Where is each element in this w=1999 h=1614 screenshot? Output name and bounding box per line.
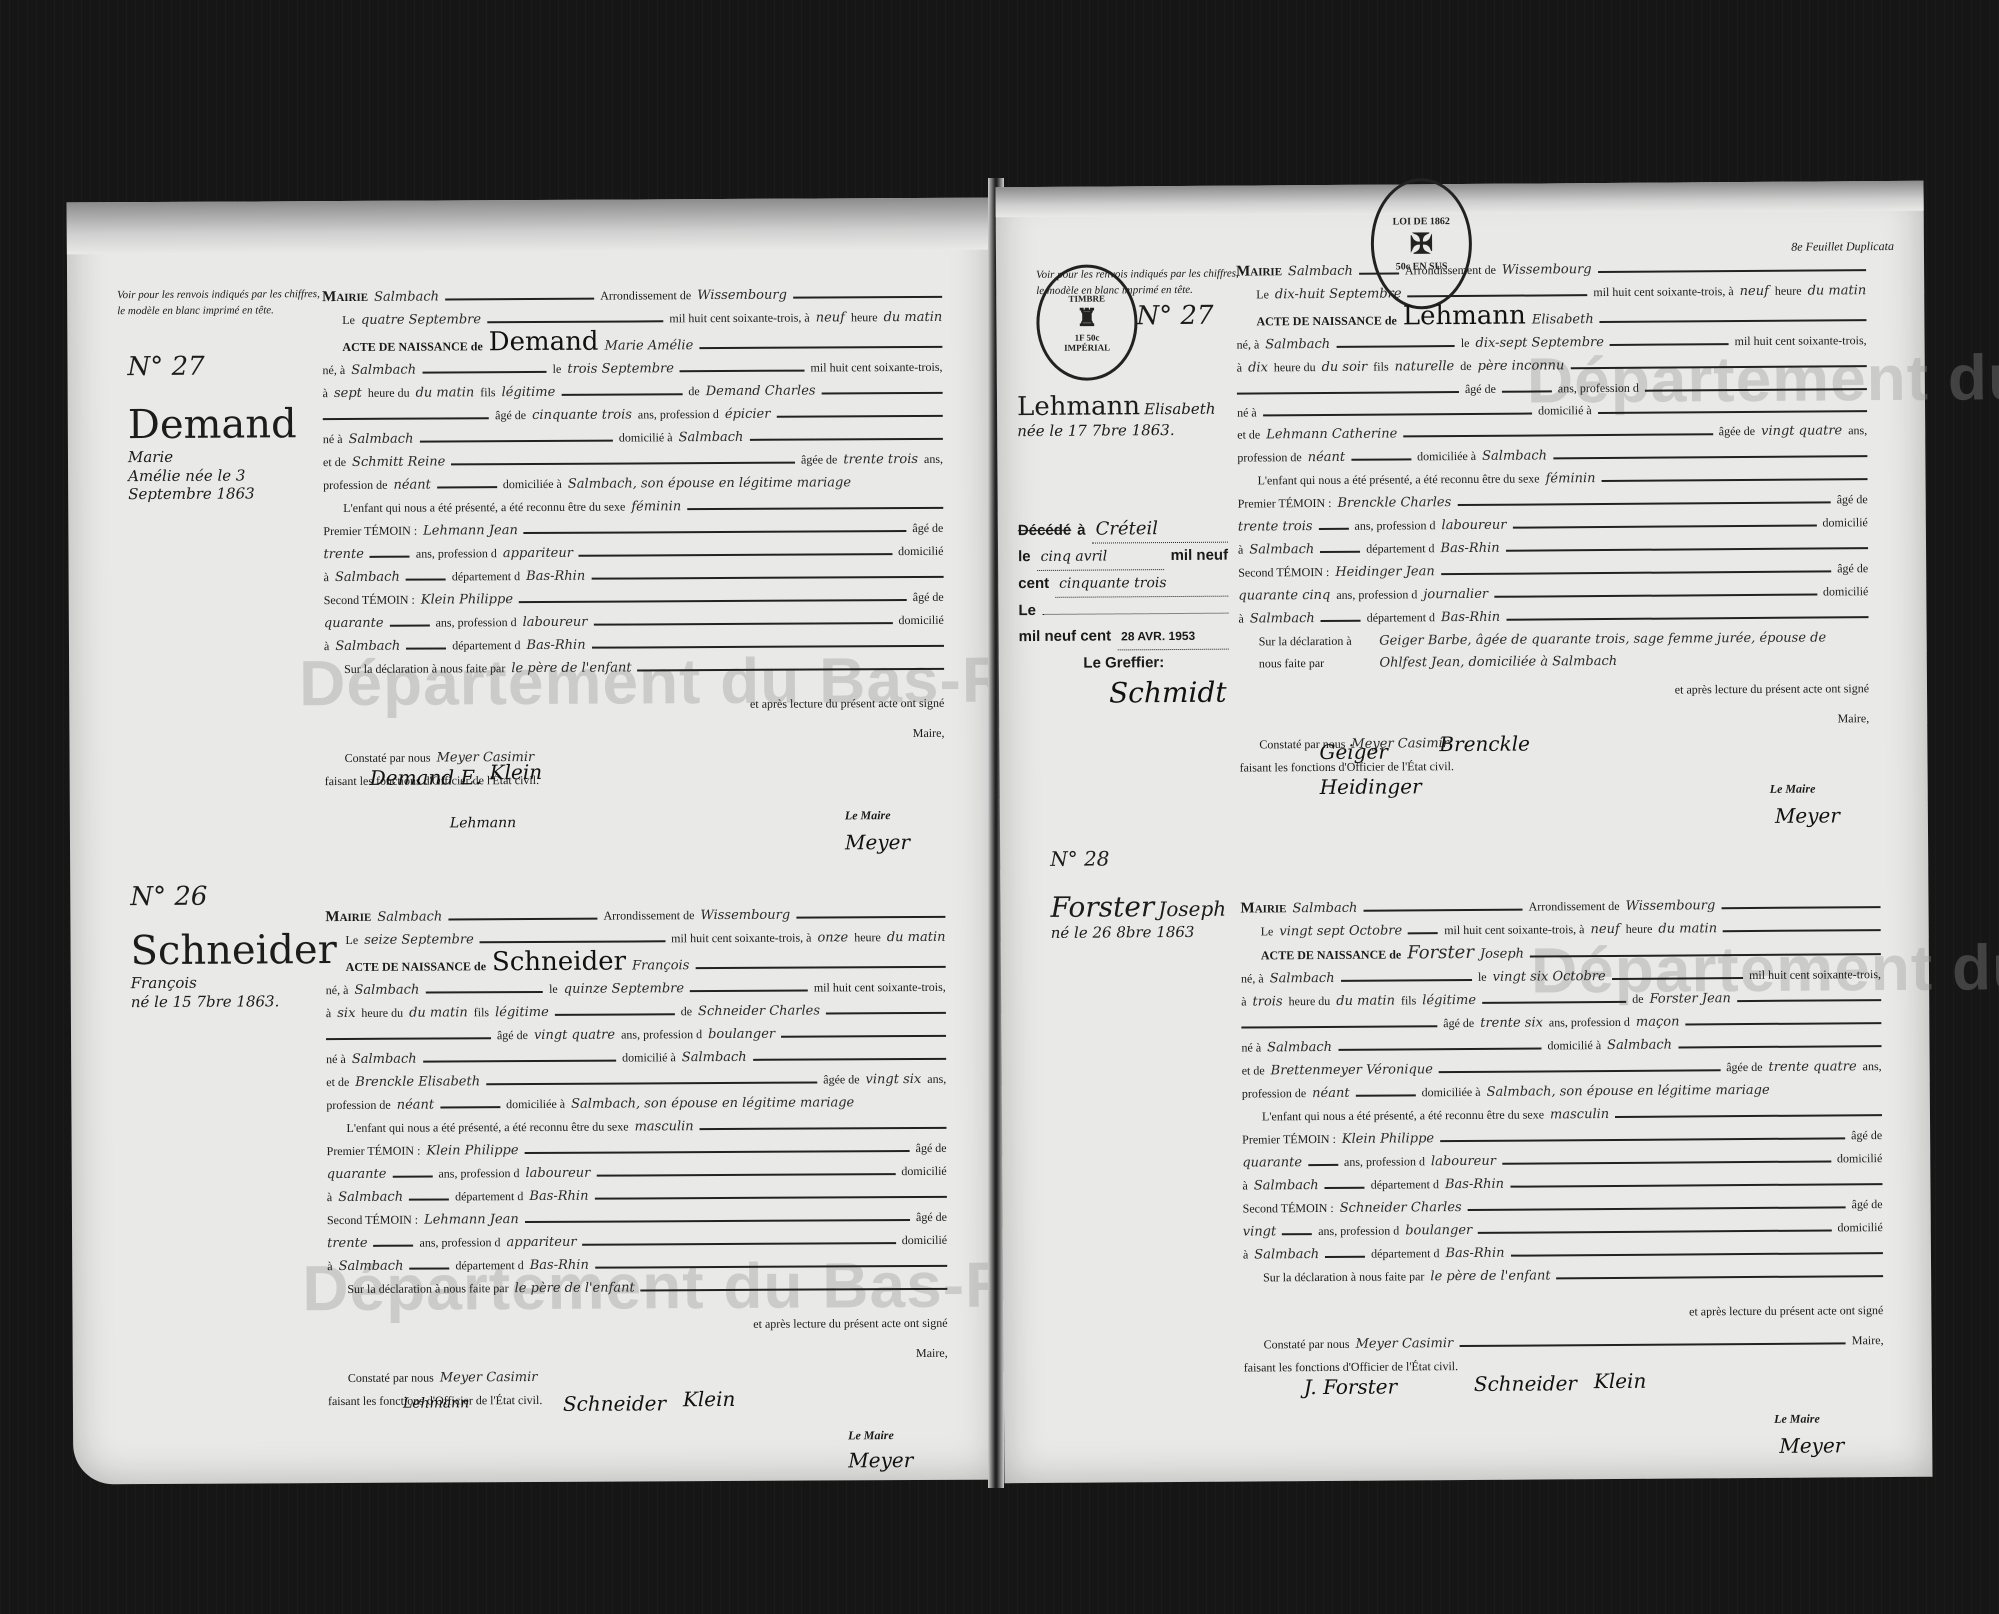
mother-profession: néant [1308,447,1346,469]
witness1-profession: laboureur [525,1163,590,1185]
label-profession: ans, profession d [1558,377,1639,400]
label-et-de: et de [326,1071,349,1093]
label-le: Le [342,309,355,331]
father-born-at: Salmbach [1267,1037,1332,1059]
child-surname: Demand [489,331,599,354]
act-number: N° 26 [130,881,330,912]
witness2-profession: appariteur [506,1232,576,1254]
label-a: à [1243,1244,1248,1266]
label-apres-lecture: et après lecture du présent acte ont sig… [1689,1299,1883,1322]
date-declared: dix-huit Septembre [1275,283,1402,306]
label-declaration: Sur la déclaration à nous faite par [1259,630,1374,675]
label-de: de [1460,355,1471,377]
signature: Schneider [1474,1371,1577,1396]
born-period: du matin [1336,990,1395,1012]
label-domicile: domicilié [901,1160,946,1182]
label-ne-a: né à [1241,1036,1261,1058]
witness1-age: quarante [1242,1152,1302,1174]
label-year: mil huit cent soixante-trois, à [1593,280,1733,303]
label-acte: ACTE DE NAISSANCE de [346,955,486,978]
label-age: âgé de [913,586,944,608]
label-mairie: Mairie [322,286,368,308]
witness2-department: Bas-Rhin [530,1255,589,1277]
margin-note-act-26: N° 26 Schneider François né le 15 7bre 1… [130,881,331,1011]
label-constate: Constaté par nous [348,1367,434,1389]
label-maire: Maire, [1837,707,1869,729]
margin-surname: Lehmann [1017,391,1140,422]
label-temoin1: Premier TÉMOIN : [1242,1128,1336,1151]
father-name: Schneider Charles [698,1000,820,1023]
father-age: vingt quatre [534,1025,615,1047]
renvois-instructions: Voir pour les renvois indiqués par les c… [1036,266,1246,299]
witness2-name: Heidinger Jean [1335,561,1435,584]
label-heure-du: heure du [361,1002,403,1024]
label-declaration: Sur la déclaration à nous faite par [344,657,505,680]
filiation: légitime [502,382,556,404]
born-at: Salmbach [351,360,416,382]
act-number: N° 27 [127,351,327,382]
label-heure: heure [851,306,878,328]
child-surname: Lehmann [1403,305,1526,328]
label-ans: ans, [1863,1055,1882,1077]
witness1-domicile: Salmbach [338,1187,403,1209]
witness1-department: Bas-Rhin [529,1186,588,1208]
signature: Lehmann [450,815,516,831]
father-born-at: Salmbach [348,429,413,451]
born-hour: six [337,1003,355,1025]
label-a: à [1077,518,1086,544]
margin-note-act-28: N° 28 Forster Joseph né le 26 8bre 1863 [1050,845,1271,942]
label-temoin1: Premier TÉMOIN : [327,1140,421,1162]
label-agee: âgée de [1726,1056,1762,1078]
label-age: âgé de [497,1024,528,1046]
label-domicile: domicilié à [619,426,673,448]
label-heure: heure [1775,280,1802,302]
child-sex: féminin [1546,468,1596,490]
margin-surname: Demand [128,401,297,448]
label-age: âgé de [1443,1012,1474,1034]
label-domicile: domicilié à [622,1046,676,1068]
witness2-name: Schneider Charles [1340,1197,1462,1220]
birth-act-demand: MairieSalmbachArrondissement deWissembou… [322,283,945,792]
born-on: vingt six Octobre [1493,966,1606,989]
mother-domicile: Salmbach, son épouse en légitime mariage [1486,1080,1769,1104]
hour-period: du matin [887,927,946,949]
father-profession: maçon [1636,1012,1680,1034]
mairie-value: Salmbach [377,906,442,928]
label-apres-lecture: et après lecture du présent acte ont sig… [1675,677,1869,700]
seal-stamp-top: LOI DE 1862 [1393,216,1450,227]
officer-name: Meyer Casimir [440,1367,538,1390]
fiscal-stamp-value: 1F 50c [1075,332,1100,342]
hour-declared: onze [817,927,848,949]
label-heure-du: heure du [1289,990,1331,1012]
child-surname: Schneider [492,951,626,974]
mother-profession: néant [1312,1083,1350,1105]
label-mil-neuf-cent: mil neuf cent [1019,623,1112,650]
label-year: mil huit cent soixante-trois, [810,356,942,379]
label-age: âgé de [1837,488,1868,510]
arrondissement-value: Wissembourg [1502,259,1592,282]
label-year: mil huit cent soixante-trois, [1749,963,1881,986]
mother-name: Schmitt Reine [352,451,445,473]
label-ne-a: né à [1237,401,1257,423]
label-ne-a: né à [323,428,343,450]
label-a: à [323,382,328,404]
label-a: à [327,1186,332,1208]
label-a: à [1242,1175,1247,1197]
label-profession: ans, profession d [416,542,497,564]
label-profession: profession de [1237,446,1301,468]
mayor-signature: Meyer [1779,1433,1844,1457]
greffier-signature: Schmidt [1109,676,1227,710]
arrondissement-value: Wissembourg [697,285,787,307]
label-temoin1: Premier TÉMOIN : [1238,492,1332,515]
witness1-name: Brenckle Charles [1337,492,1451,515]
witness1-age: quarante [327,1164,387,1186]
declarant: Geiger Barbe, âgée de quarante trois, sa… [1379,627,1869,674]
label-domicile: domicilié [1837,1216,1882,1238]
born-at: Salmbach [1270,968,1335,990]
date-declared: seize Septembre [364,929,474,952]
child-sex: masculin [634,1116,693,1138]
label-arrondissement: Arrondissement de [1405,259,1496,282]
label-agee: âgée de [801,448,837,470]
label-profession: ans, profession d [638,403,719,425]
mother-age: vingt six [865,1069,921,1091]
mairie-value: Salmbach [374,286,439,308]
label-cent: cent [1018,571,1049,597]
fiscal-stamp-right: IMPÉRIAL [1064,342,1110,352]
filiation: légitime [495,1002,549,1024]
margin-surname: Forster [1050,890,1154,924]
witness1-name: Klein Philippe [1342,1128,1434,1151]
label-sexe: L'enfant qui nous a été présenté, a été … [1262,1103,1544,1127]
margin-birth-note: Amélie née le 3 Septembre 1863 [128,466,328,503]
born-period: du soir [1321,357,1367,379]
witness1-profession: laboureur [1431,1151,1496,1173]
label-profession: ans, profession d [1549,1011,1630,1034]
label-a: à [1238,539,1243,561]
label-decede: Décédé [1018,518,1072,544]
witness1-department: Bas-Rhin [526,566,585,588]
label-arrondissement: Arrondissement de [600,284,691,306]
declarant: le père de l'enfant [515,1277,635,1300]
label-acte: ACTE DE NAISSANCE de [1261,943,1402,966]
witness1-department: Bas-Rhin [1445,1174,1504,1196]
label-ne-a: né, à [1241,967,1264,989]
witness2-department: Bas-Rhin [1445,1243,1504,1265]
label-age: âgé de [912,517,943,539]
born-at: Salmbach [354,980,419,1002]
label-age: âgé de [1852,1193,1883,1215]
child-given: François [632,955,689,977]
margin-birth-note: née le 17 7bre 1863. [1017,421,1237,441]
label-le: le [553,358,562,380]
mother-domicile: Salmbach [1482,445,1547,467]
officer-name: Meyer Casimir [1356,1333,1454,1356]
label-mairie: Mairie [1240,897,1286,919]
witness1-profession: laboureur [1441,515,1506,537]
death-annotation: DécédéàCréteil lecinq avrilmil neuf cent… [1018,516,1229,677]
mother-domicile: Salmbach, son épouse en légitime mariage [568,472,851,495]
witness2-department: Bas-Rhin [1441,607,1500,629]
father-age: cinquante trois [532,404,632,427]
label-ne-a: né, à [322,359,345,381]
label-temoin2: Second TÉMOIN : [327,1209,418,1231]
margin-surname: Schneider [130,927,336,974]
label-maire: Maire, [913,722,945,744]
born-period: du matin [416,382,475,404]
label-a: à [1241,991,1246,1013]
label-sexe: L'enfant qui nous a été présenté, a été … [1257,467,1539,491]
mother-profession: néant [393,475,431,497]
label-domicile: domiciliée à [1417,445,1476,467]
witness2-profession: boulanger [1405,1220,1472,1242]
le-maire-label: Le Maire [1774,1412,1820,1427]
label-year: mil huit cent soixante-trois, à [671,927,811,950]
act-number: N° 27 [1136,301,1216,332]
witness2-profession: laboureur [523,612,588,634]
witness2-domicile: Salmbach [335,636,400,658]
mother-age: vingt quatre [1761,420,1842,443]
label-profession: ans, profession d [436,611,517,633]
witness2-domicile: Salmbach [1250,608,1315,630]
born-hour: trois [1252,991,1282,1013]
label-ne-a: né, à [326,979,349,1001]
mairie-value: Salmbach [1292,898,1357,920]
father-domicile: Salmbach [682,1047,747,1069]
label-domicile: domicilié [1822,511,1867,533]
margin-given: Marie [128,448,173,466]
mother-age: trente quatre [1768,1056,1856,1079]
label-mairie: Mairie [1236,260,1282,282]
label-domicile: domicilié [1823,580,1868,602]
label-maire: Maire, [1852,1329,1884,1351]
signature: Lehmann [403,1395,469,1411]
margin-birth-note: né le 26 8bre 1863 [1051,922,1271,942]
label-domicile: domicilié [1837,1147,1882,1169]
hour-declared: neuf [816,307,845,329]
label-sexe: L'enfant qui nous a été présenté, a été … [343,496,625,519]
folio-number: 8e Feuillet Duplicata [1791,239,1894,255]
label-a: à [1238,608,1243,630]
label-profession: ans, profession d [1354,514,1435,537]
signature: Klein [1594,1369,1647,1393]
label-year: mil huit cent soixante-trois, [814,976,946,999]
signature: J. Forster [1304,1374,1397,1399]
father-name: Forster Jean [1650,988,1731,1011]
act-number-text: N° 27 [1136,301,1213,332]
label-temoin2: Second TÉMOIN : [1238,561,1329,584]
left-page: Voir pour les renvois indiqués par les c… [67,198,999,1485]
label-domicile: domicilié à [1538,399,1592,421]
label-profession: ans, profession d [1344,1150,1425,1173]
child-sex: masculin [1550,1104,1609,1126]
declarant: le père de l'enfant [511,657,631,680]
signature: Demand E. [370,765,482,790]
witness2-age: vingt [1243,1221,1277,1243]
witness1-department: Bas-Rhin [1440,538,1499,560]
label-greffier: Le Greffier: [1083,650,1164,677]
hour-period: du matin [1807,280,1866,302]
label-profession: ans, profession d [419,1231,500,1253]
hour-declared: neuf [1740,281,1769,303]
child-given: Elisabeth [1532,309,1594,331]
label-departement: département d [1371,1173,1439,1195]
father-name: Demand Charles [706,381,816,404]
mother-domicile: Salmbach, son épouse en légitime mariage [571,1092,854,1115]
label-de: de [688,380,699,402]
father-born-at: Salmbach [352,1049,417,1071]
witness1-domicile: Salmbach [1249,539,1314,561]
label-apres-lecture: et après lecture du présent acte ont sig… [753,1312,947,1335]
declarant: le père de l'enfant [1430,1265,1550,1288]
label-departement: département d [1371,1242,1439,1264]
witness2-domicile: Salmbach [338,1256,403,1278]
label-age: âgé de [1837,557,1868,579]
mother-age: trente trois [843,449,918,471]
label-ans: ans, [1848,419,1867,441]
witness2-department: Bas-Rhin [526,635,585,657]
witness1-age: trente trois [1238,516,1313,539]
label-domicile: domicilié [898,540,943,562]
signature: Schneider [563,1391,666,1416]
label-constate: Constaté par nous [1263,1333,1349,1356]
witness1-profession: appariteur [503,543,573,565]
born-on: quinze Septembre [564,978,684,1001]
label-le: Le [1018,598,1036,624]
label-declaration: Sur la déclaration à nous faite par [347,1277,508,1300]
witness1-name: Klein Philippe [426,1140,518,1162]
label-a: à [324,566,329,588]
father-profession: épicier [725,404,771,426]
label-a: à [1237,357,1242,379]
label-heure: heure [854,926,881,948]
label-acte: ACTE DE NAISSANCE de [1256,309,1397,332]
label-le: le [549,978,558,1000]
label-mairie: Mairie [325,906,371,928]
born-at: Salmbach [1265,334,1330,356]
label-le: Le [1256,283,1269,305]
label-year: mil huit cent soixante-trois, [1735,329,1867,352]
filiation: naturelle [1395,356,1455,378]
mairie-value: Salmbach [1288,261,1353,283]
born-period: du matin [409,1002,468,1024]
le-maire-label: Le Maire [845,808,891,823]
label-departement: département d [455,1185,523,1207]
mother-profession: néant [397,1095,435,1117]
label-le: Le [345,929,358,951]
birth-act-schneider: MairieSalmbachArrondissement deWissembou… [325,903,948,1412]
hour-period: du matin [1658,918,1717,940]
child-surname: Forster [1407,942,1474,964]
label-profession: ans, profession d [1336,583,1417,606]
label-arrondissement: Arrondissement de [603,904,694,926]
signature: Klein [683,1387,736,1411]
label-domicile: domicilié [902,1229,947,1251]
page-edge-shadow [67,198,992,255]
label-arrondissement: Arrondissement de [1529,895,1620,918]
born-on: dix-sept Septembre [1475,332,1604,355]
label-temoin2: Second TÉMOIN : [324,589,415,611]
label-maire: Maire, [916,1342,948,1364]
signature: Heidinger [1320,774,1422,799]
label-departement: département d [1367,606,1435,628]
date-declared: quatre Septembre [361,309,481,332]
child-sex: féminin [631,496,681,518]
label-domicile: domiciliée à [1421,1081,1480,1103]
margin-note-act-27: N° 27 Demand Marie Amélie née le 3 Septe… [127,351,328,503]
renvois-instructions: Voir pour les renvois indiqués par les c… [117,286,327,319]
witness2-age: quarante [324,613,384,635]
label-agee: âgée de [1719,420,1755,442]
birth-act-lehmann: MairieSalmbachArrondissement deWissembou… [1236,256,1870,778]
margin-given: Joseph [1158,897,1226,921]
label-le: Le [1261,920,1274,942]
label-le: le [1478,966,1487,988]
born-hour: sept [334,383,362,405]
label-profession: profession de [1242,1082,1306,1104]
label-departement: département d [452,565,520,587]
mother-name: Lehmann Catherine [1266,423,1397,446]
signature: Klein [490,760,543,784]
witness2-profession: journalier [1423,584,1488,606]
label-age: âgé de [1851,1124,1882,1146]
label-profession: profession de [326,1094,390,1116]
label-age: âgé de [916,1206,947,1228]
father-profession: boulanger [708,1024,775,1046]
label-le: le [1018,544,1031,570]
death-place: Créteil [1092,516,1228,544]
margin-note-act-27: Lehmann Elisabeth née le 17 7bre 1863. [1017,391,1237,441]
arrondissement-value: Wissembourg [1625,895,1715,918]
label-de: de [1632,988,1643,1010]
right-page: 8e Feuillet Duplicata LOI DE 1862 ✠ 50c … [995,181,1932,1483]
label-fils: fils [480,381,495,403]
date-declared: vingt sept Octobre [1279,920,1402,943]
label-domicile: domicilié [898,609,943,631]
child-given: Joseph [1480,944,1524,966]
witness2-name: Klein Philippe [421,589,513,611]
label-domicile: domiciliée à [506,1093,565,1115]
witness1-age: trente [323,544,364,566]
label-acte: ACTE DE NAISSANCE de [342,335,482,358]
father-name: père inconnu [1477,355,1564,378]
margin-given: François [131,974,197,992]
label-a: à [327,1255,332,1277]
label-declaration: Sur la déclaration à nous faite par [1263,1265,1424,1288]
label-de: de [681,1000,692,1022]
label-heure-du: heure du [368,382,410,404]
child-given: Marie Amélie [605,335,694,357]
filiation: légitime [1422,990,1476,1012]
act-number: N° 28 [1050,845,1270,871]
le-maire-label: Le Maire [848,1428,894,1443]
born-hour: dix [1248,357,1268,379]
label-domicile: domicilié à [1547,1034,1601,1056]
death-year: cinquante trois [1055,570,1228,598]
label-a: à [324,635,329,657]
margin-given: Elisabeth [1144,400,1215,418]
label-departement: département d [1366,537,1434,559]
label-et-de: et de [1242,1059,1265,1081]
label-age: âgé de [916,1137,947,1159]
label-age: âgé de [1465,378,1496,400]
witness1-domicile: Salmbach [1254,1175,1319,1197]
margin-birth-note: né le 15 7bre 1863. [131,992,331,1011]
label-temoin2: Second TÉMOIN : [1243,1197,1334,1220]
